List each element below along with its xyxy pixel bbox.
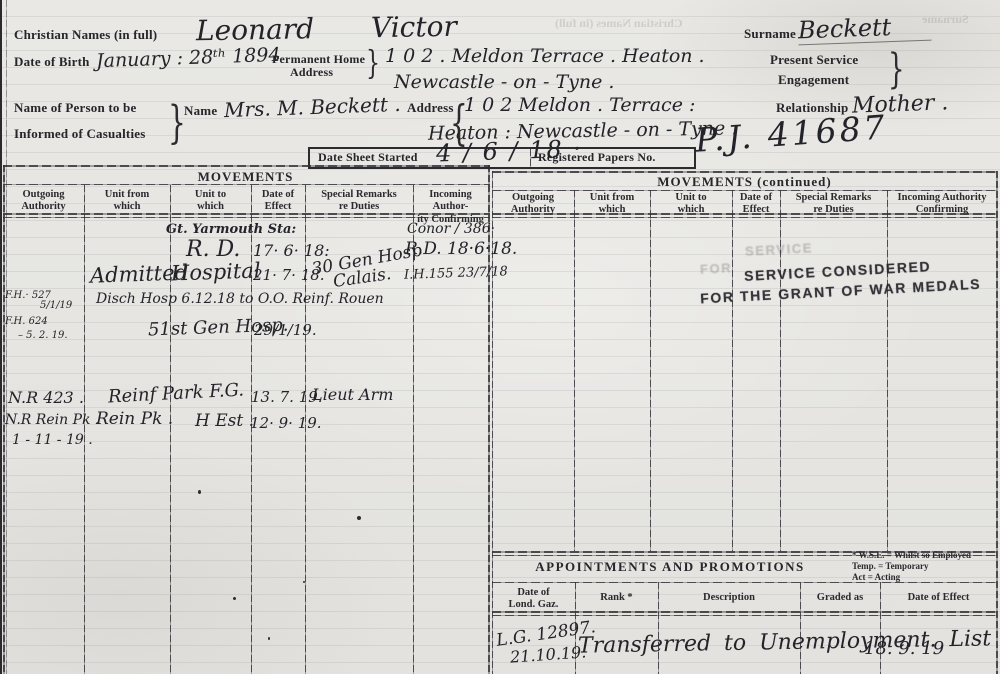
date-sheet-started-value: 4 / 6 / 18 · (436, 134, 584, 167)
informant-name-label: Name (184, 103, 217, 119)
divider (492, 171, 997, 173)
permanent-home-address-label-2: Address (290, 65, 333, 80)
divider (170, 185, 171, 674)
column-header-unit-to: Unit towhich (650, 192, 732, 217)
page-edge-line-inner (6, 0, 7, 674)
column-header-rank: Rank * (575, 592, 658, 604)
christian-names-value: Leonard Victor (196, 10, 457, 48)
movement-entry: N.R 423 . (8, 388, 84, 407)
informant-address-label: Address (407, 100, 454, 116)
date-of-birth-label: Date of Birth (14, 54, 90, 70)
movement-entry: 17· 6· 18: (253, 241, 330, 260)
bleed-through-text: Christian Names (in full) (555, 16, 683, 31)
column-header-date-of-effect: Date of Effect (880, 592, 997, 604)
ink-speck (198, 490, 201, 494)
column-header-incoming-authority: Incoming AuthorityConfirming (887, 192, 997, 217)
movement-entry: H Est . (195, 411, 254, 431)
column-header-date-of-effect: Date ofEffect (251, 189, 305, 214)
column-header-special-remarks: Special Remarksre Duties (305, 189, 413, 214)
movement-entry: Conor / 386· (407, 221, 495, 237)
home-address-brace: } (366, 45, 380, 83)
movement-entry: 29/1/19. (254, 321, 317, 339)
casualties-label-line-2: Informed of Casualties (14, 126, 146, 142)
present-service-label: Present Service (770, 52, 858, 68)
christian-names-label: Christian Names (in full) (14, 27, 157, 43)
service-record-document: Christian Names (in full) Surname Christ… (0, 0, 1000, 674)
ink-speck (233, 597, 236, 600)
legend-line: Act = Acting (852, 572, 971, 583)
column-header-unit-from: Unit fromwhich (84, 189, 170, 214)
present-service-brace: } (888, 46, 905, 94)
informant-name-value: Mrs. M. Beckett . (224, 92, 401, 122)
movement-entry: Disch Hosp 6.12.18 to O.O. Reinf. Rouen (96, 291, 384, 307)
appointments-legend: * W.S.E. = Whilst so Employed Temp. = Te… (852, 550, 971, 583)
divider (492, 615, 997, 616)
war-medals-stamp-ghost: SERVICE (745, 240, 814, 259)
column-header-outgoing-authority: OutgoingAuthority (3, 189, 84, 214)
column-header-outgoing-authority: OutgoingAuthority (492, 192, 574, 217)
movement-entry: – 5. 2. 19. (18, 330, 68, 341)
movement-entry: N.R Rein Pk . (5, 412, 99, 428)
appointments-title: APPOINTMENTS AND PROMOTIONS (492, 559, 848, 575)
home-address-line-1: 1 0 2 . Meldon Terrace . Heaton . (385, 45, 705, 67)
column-header-description: Description (658, 592, 800, 604)
informant-address-line-1: 1 0 2 Meldon . Terrace : (464, 94, 695, 116)
ink-speck (303, 581, 305, 583)
divider (492, 190, 997, 191)
column-header-date-of-effect: Date ofEffect (732, 192, 780, 217)
ink-speck (268, 637, 270, 640)
date-of-birth-value: January : 28ᵗʰ 1894 (96, 44, 281, 72)
divider (732, 190, 733, 551)
movements-continued-title: MOVEMENTS (continued) (492, 174, 997, 190)
divider (492, 217, 997, 218)
date-sheet-started-label: Date Sheet Started (318, 150, 418, 165)
war-medals-stamp-line-2: FOR THE GRANT OF WAR MEDALS (700, 276, 982, 307)
divider (574, 190, 575, 551)
movement-entry: R. D. (186, 237, 240, 262)
movement-entry: Hospital (171, 258, 261, 285)
legend-line: Temp. = Temporary (852, 561, 971, 572)
divider (887, 190, 888, 551)
surname-label: Surname (744, 26, 796, 42)
column-header-special-remarks: Special Remarksre Duties (780, 192, 887, 217)
page-edge-line (0, 0, 2, 674)
column-header-date-of-lond-gaz: Date ofLond. Gaz. (492, 587, 575, 612)
legend-line: * W.S.E. = Whilst so Employed (852, 550, 971, 561)
movement-entry: Gt. Yarmouth Sta: (166, 222, 296, 237)
ink-speck (357, 516, 361, 520)
movement-entry: F.H. 624 (5, 316, 48, 327)
movement-entry: 12· 9· 19. (250, 414, 322, 432)
engagement-label: Engagement (778, 72, 849, 88)
casualties-label-line-1: Name of Person to be (14, 100, 136, 116)
movement-entry: 1 - 11 - 19 . (12, 432, 93, 448)
surname-value: Beckett (798, 12, 932, 46)
movement-entry: Lieut Arm (312, 385, 393, 404)
movement-entry: Reinf Park F.G. (108, 379, 245, 407)
registered-papers-number: P.J. 41687 (694, 107, 889, 159)
movements-title: MOVEMENTS (3, 169, 488, 185)
war-medals-stamp-ghost: FOR (700, 260, 733, 277)
column-header-graded-as: Graded as (800, 592, 880, 604)
movement-entry: Rein Pk . (96, 409, 173, 429)
divider (84, 185, 85, 674)
divider (650, 190, 651, 551)
movement-entry: 5/1/19 (40, 300, 72, 311)
column-header-unit-to: Unit towhich (170, 189, 251, 214)
appointment-entry-date-of-effect: 18. 9. 19 (864, 638, 944, 659)
home-address-line-2: Newcastle - on - Tyne . (394, 71, 614, 93)
column-header-unit-from: Unit fromwhich (574, 192, 650, 217)
